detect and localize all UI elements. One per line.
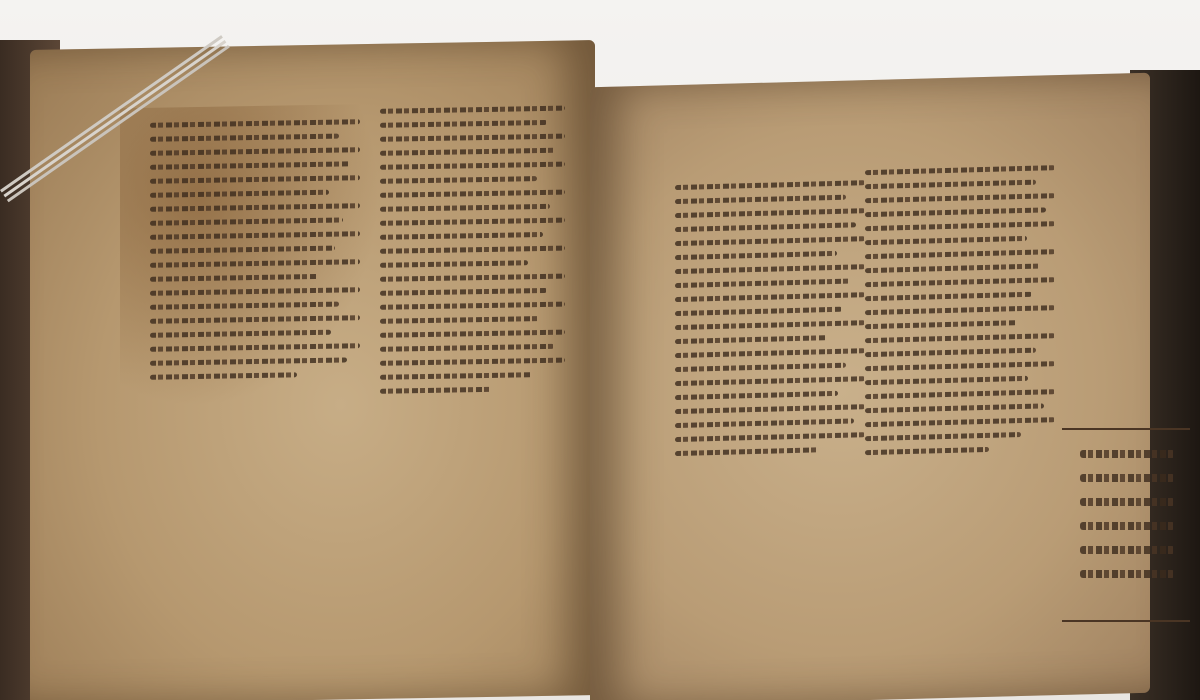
right-page-column-1 [675, 180, 865, 456]
left-page-column-2 [380, 106, 565, 394]
left-page-column-1 [150, 119, 360, 380]
right-page-column-2 [865, 165, 1055, 455]
manuscript-photo [0, 0, 1200, 700]
marginal-note-box [1062, 428, 1190, 622]
left-page [30, 40, 595, 700]
